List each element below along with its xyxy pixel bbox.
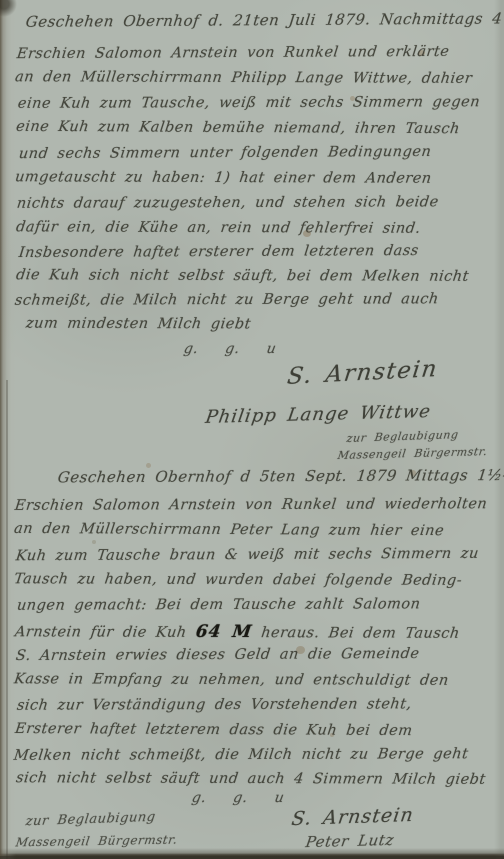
entry1-line: umgetauscht zu haben: 1) hat einer dem A… xyxy=(14,169,433,186)
manuscript-page: Geschehen Obernhof d. 21ten Juli 1879. N… xyxy=(0,0,504,859)
entry1-signature-witness: Philipp Lange Wittwe xyxy=(204,401,433,428)
entry1-line: zum mindesten Milch giebt xyxy=(25,316,252,333)
entry2-line-amount: Arnstein für die Kuh 64 M heraus. Bei de… xyxy=(14,621,461,643)
amount-line-post: heraus. Bei dem Tausch xyxy=(251,625,461,642)
amount-overwritten-64M: 64 M xyxy=(195,622,254,642)
entry2-line: Ersterer haftet letzterem dass die Kuh b… xyxy=(14,721,413,739)
entry1-dateline: Geschehen Obernhof d. 21ten Juli 1879. N… xyxy=(25,9,504,31)
entry2-line: Erschien Salomon Arnstein von Runkel und… xyxy=(14,496,488,514)
entry1-line: Erschien Salomon Arnstein von Runkel und… xyxy=(16,44,450,62)
entry1-line: schmeißt, die Milch nicht zu Berge geht … xyxy=(14,291,440,308)
entry1-line: Insbesondere haftet ersterer dem letzter… xyxy=(18,243,420,261)
entry2-line: an den Müllerschirrmann Peter Lang zum h… xyxy=(13,521,445,539)
binding-edge xyxy=(6,380,8,859)
entry1-line: nichts darauf zuzugestehen, und stehen s… xyxy=(16,194,440,211)
entry2-attestation-line1: zur Beglaubigung xyxy=(25,810,157,830)
entry1-signature-arnstein: S. Arnstein xyxy=(286,356,440,390)
entry2-line: Tausch zu haben, und wurden dabei folgen… xyxy=(13,571,463,589)
entry2-dateline: Geschehen Obernhof d 5ten Sept. 1879 Mit… xyxy=(57,466,504,487)
entry2-line: Kasse in Empfang zu nehmen, und entschul… xyxy=(13,671,450,689)
entry2-line: ungen gemacht: Bei dem Tausche zahlt Sal… xyxy=(16,596,421,613)
entry2-line: Melken nicht schmeißt, die Milch nicht z… xyxy=(13,746,469,764)
amount-line-pre: Arnstein für die Kuh xyxy=(14,624,197,641)
entry1-line: und sechs Simmern unter folgenden Beding… xyxy=(18,144,432,162)
entry1-line: dafür ein, die Kühe an, rein und fehlerf… xyxy=(15,219,422,236)
entry1-closing-ggu: g. g. u xyxy=(183,341,278,357)
entry2-line: S. Arnstein erwies dieses Geld an die Ge… xyxy=(15,646,420,664)
entry2-attestation-line2: Massengeil Bürgermstr. xyxy=(15,833,179,850)
entry2-signature-peter-lutz: Peter Lutz xyxy=(304,831,395,851)
entry1-line: eine Kuh zum Kalben bemühe niemand, ihre… xyxy=(15,119,461,137)
entry1-line: an den Müllerschirrmann Philipp Lange Wi… xyxy=(14,69,473,87)
entry2-line: sich zur Verständigung des Vorstehenden … xyxy=(16,696,413,713)
entry2-closing-ggu: g. g. u xyxy=(191,790,286,806)
entry2-signature-arnstein: S. Arnstein xyxy=(290,804,415,830)
entry1-attestation-line2: Massengeil Bürgermstr. xyxy=(337,445,488,462)
entry2-line: sich nicht selbst säuft und auch 4 Simme… xyxy=(15,770,487,788)
entry1-line: eine Kuh zum Tausche, weiß mit sechs Sim… xyxy=(17,94,481,112)
foxing-stain xyxy=(92,540,96,544)
entry2-line: Kuh zum Tausche braun & weiß mit sechs S… xyxy=(15,546,480,564)
entry1-attestation-line1: zur Beglaubigung xyxy=(346,428,459,445)
entry1-line: die Kuh sich nicht selbst säuft, bei dem… xyxy=(15,267,470,285)
